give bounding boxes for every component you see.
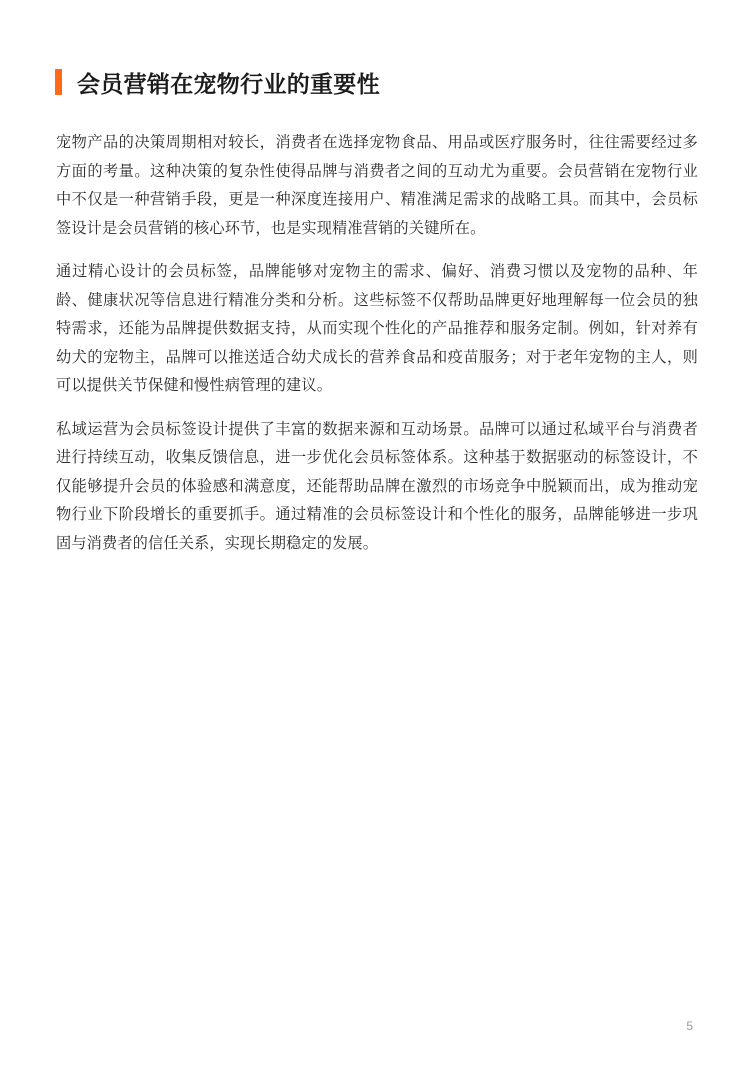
paragraph-2: 通过精心设计的会员标签，品牌能够对宠物主的需求、偏好、消费习惯以及宠物的品种、年… [56, 257, 698, 400]
section-heading: 会员营销在宠物行业的重要性 [55, 66, 380, 98]
page-title: 会员营销在宠物行业的重要性 [77, 66, 380, 99]
paragraph-3: 私域运营为会员标签设计提供了丰富的数据来源和互动场景。品牌可以通过私域平台与消费… [56, 415, 698, 558]
body-content: 宠物产品的决策周期相对较长，消费者在选择宠物食品、用品或医疗服务时，往往需要经过… [56, 128, 698, 572]
paragraph-1: 宠物产品的决策周期相对较长，消费者在选择宠物食品、用品或医疗服务时，往往需要经过… [56, 128, 698, 242]
heading-accent-bar [55, 69, 62, 95]
page-number: 5 [686, 1019, 693, 1033]
